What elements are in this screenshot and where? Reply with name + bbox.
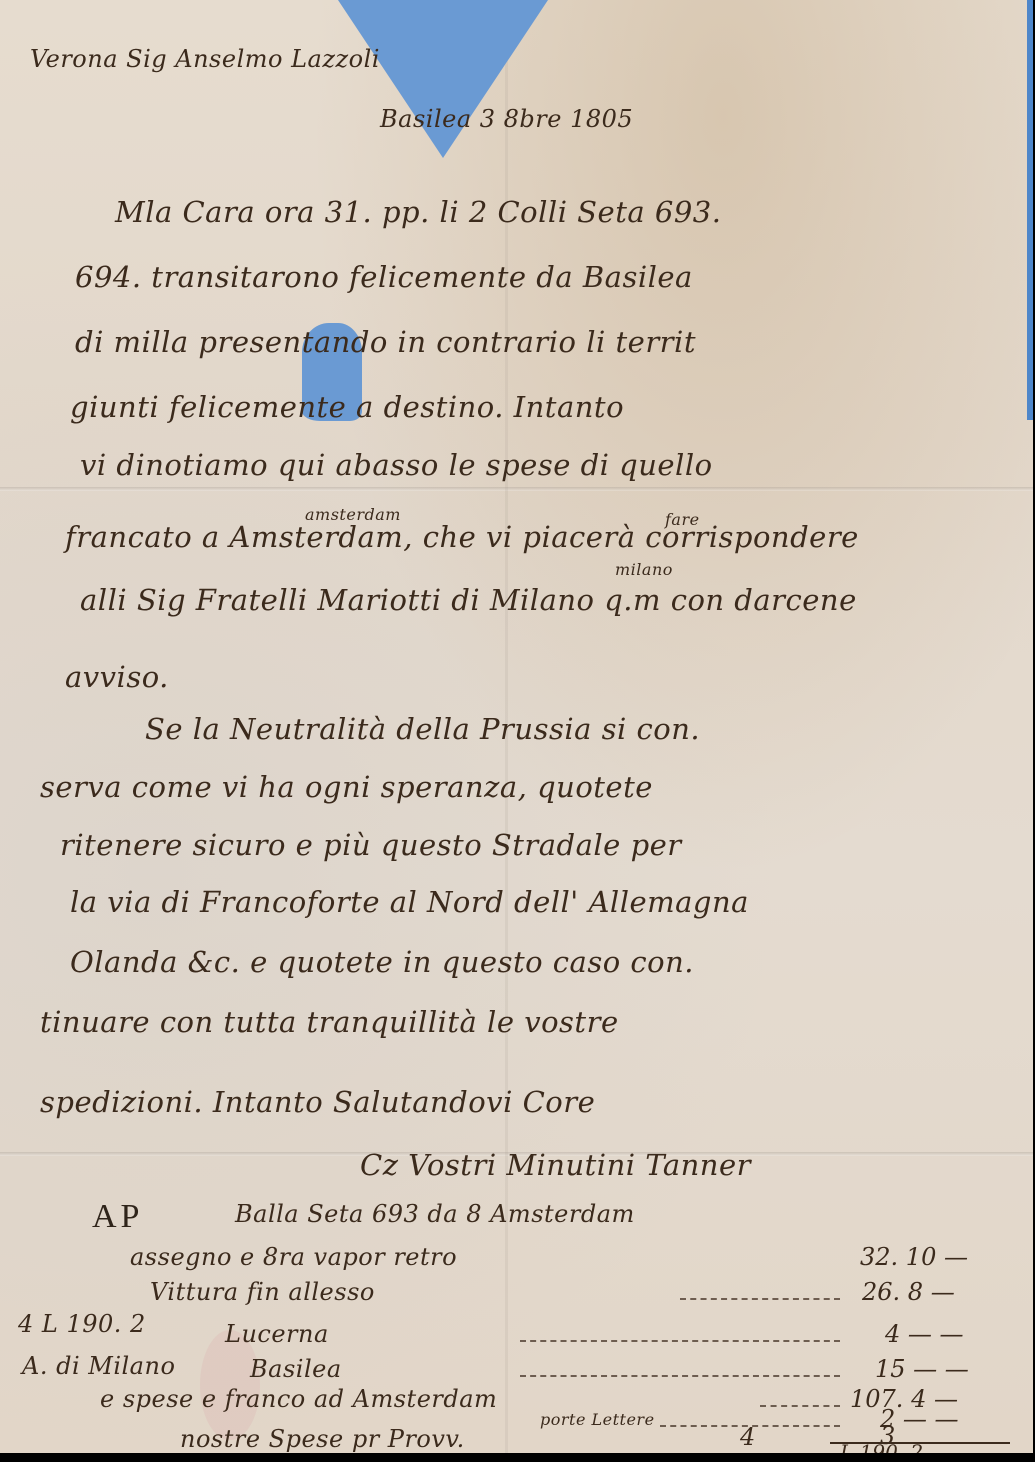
v-cutout: [338, 0, 548, 158]
body-line: la via di Francoforte al Nord dell' Alle…: [70, 885, 749, 919]
body-line: vi dinotiamo qui abasso le spese di quel…: [80, 448, 713, 482]
body-line: Se la Neutralità della Prussia si con.: [145, 712, 700, 746]
account-row-label: Vittura fin allesso: [150, 1278, 375, 1306]
letter-paper: Verona Sig Anselmo Lazzoli Basilea 3 8br…: [0, 0, 1033, 1453]
body-line: giunti felicemente a destino. Intanto: [70, 390, 624, 424]
margin-place: A. di Milano: [22, 1352, 175, 1380]
dotted-leader: [760, 1405, 840, 1407]
body-line: di milla presentando in contrario li ter…: [75, 325, 696, 359]
margin-total: 4 L 190. 2: [18, 1310, 146, 1338]
account-row-label: Basilea: [250, 1355, 342, 1383]
account-row-amount: 32. 10 —: [860, 1243, 968, 1271]
account-row-amount: 15 — —: [875, 1355, 969, 1383]
scan-border: [0, 1453, 1035, 1462]
address-line: Verona Sig Anselmo Lazzoli: [30, 45, 380, 73]
body-line: serva come vi ha ogni speranza, quotete: [40, 770, 653, 804]
account-row-label: nostre Spese pr Provv.: [180, 1425, 465, 1453]
account-row-label: assegno e 8ra vapor retro: [130, 1243, 457, 1271]
account-row-amount: 26. 8 —: [862, 1278, 955, 1306]
body-line: ritenere sicuro e più questo Stradale pe…: [60, 828, 682, 862]
body-line: Mla Cara ora 31. pp. li 2 Colli Seta 693…: [115, 195, 721, 229]
ap-stamp: AP: [92, 1198, 143, 1236]
body-line: francato a Amsterdam, che vi piacerà cor…: [65, 520, 859, 554]
body-line: spedizioni. Intanto Salutandovi Core: [40, 1085, 595, 1119]
body-line: tinuare con tutta tranquillità le vostre: [40, 1005, 619, 1039]
body-line: avviso.: [65, 660, 169, 694]
account-row-label: Lucerna: [225, 1320, 329, 1348]
account-row-label: e spese e franco ad Amsterdam: [100, 1385, 497, 1413]
dotted-leader: [520, 1340, 840, 1342]
dotted-leader: [680, 1298, 840, 1300]
dotted-leader: [520, 1375, 840, 1377]
account-header: Balla Seta 693 da 8 Amsterdam: [235, 1200, 635, 1228]
signature: Cz Vostri Minutini Tanner: [360, 1148, 751, 1182]
body-line: alli Sig Fratelli Mariotti di Milano q.m…: [80, 583, 857, 617]
interlinear-note: milano: [615, 560, 673, 579]
fold-line: [0, 487, 1033, 491]
dateline: Basilea 3 8bre 1805: [380, 105, 633, 133]
background-edge: [1027, 0, 1033, 420]
account-side-figure: 4: [740, 1423, 755, 1451]
account-row-label: porte Lettere: [540, 1410, 655, 1429]
body-line: Olanda &c. e quotete in questo caso con.: [70, 945, 694, 979]
account-row-amount: 4 — —: [885, 1320, 964, 1348]
body-line: 694. transitarono felicemente da Basilea: [75, 260, 693, 294]
